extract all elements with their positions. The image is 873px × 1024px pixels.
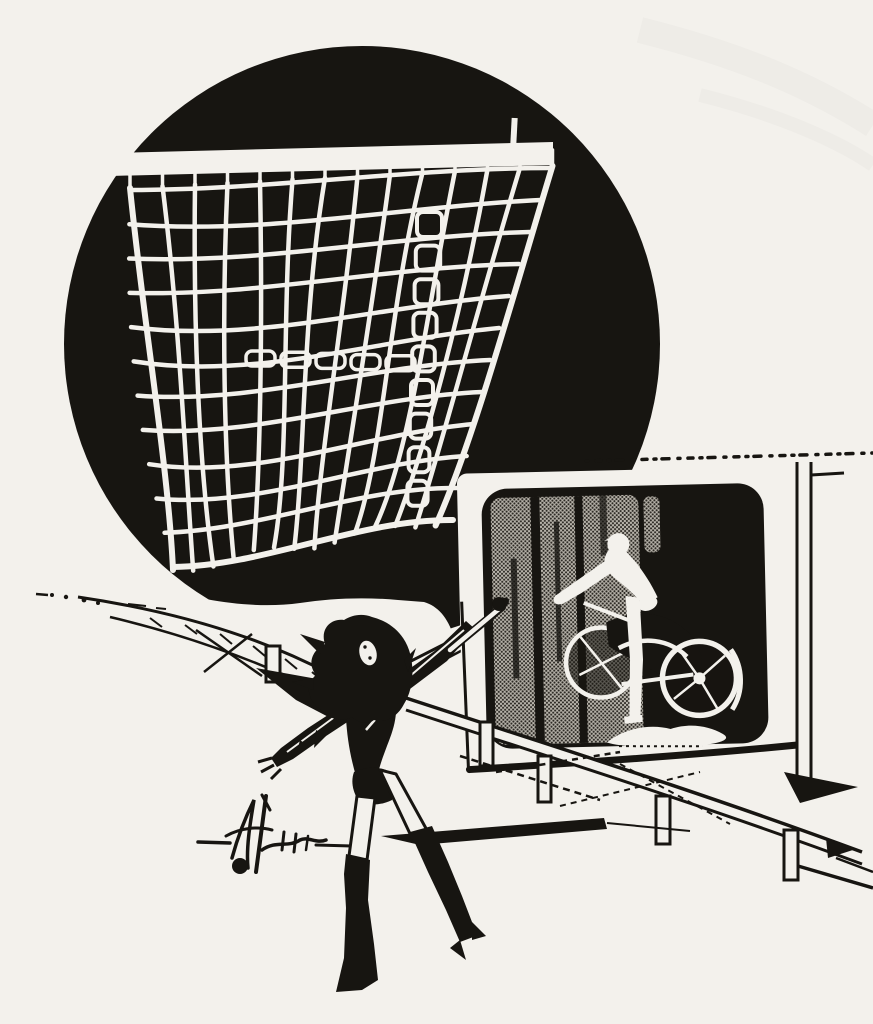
- right-boot: [410, 826, 486, 960]
- left-thigh: [349, 796, 375, 860]
- boot-toe: [472, 922, 486, 940]
- left-boot: [336, 854, 378, 992]
- post-foot: [784, 772, 858, 803]
- boot-heel: [450, 940, 466, 960]
- net-rod-cap: [100, 150, 112, 182]
- illustration: pulp sci-fi illustration: [0, 0, 873, 1024]
- billboard: [457, 466, 798, 772]
- right-thigh: [380, 770, 428, 838]
- paper-smudge: [640, 30, 873, 165]
- artist-signature: [198, 795, 352, 874]
